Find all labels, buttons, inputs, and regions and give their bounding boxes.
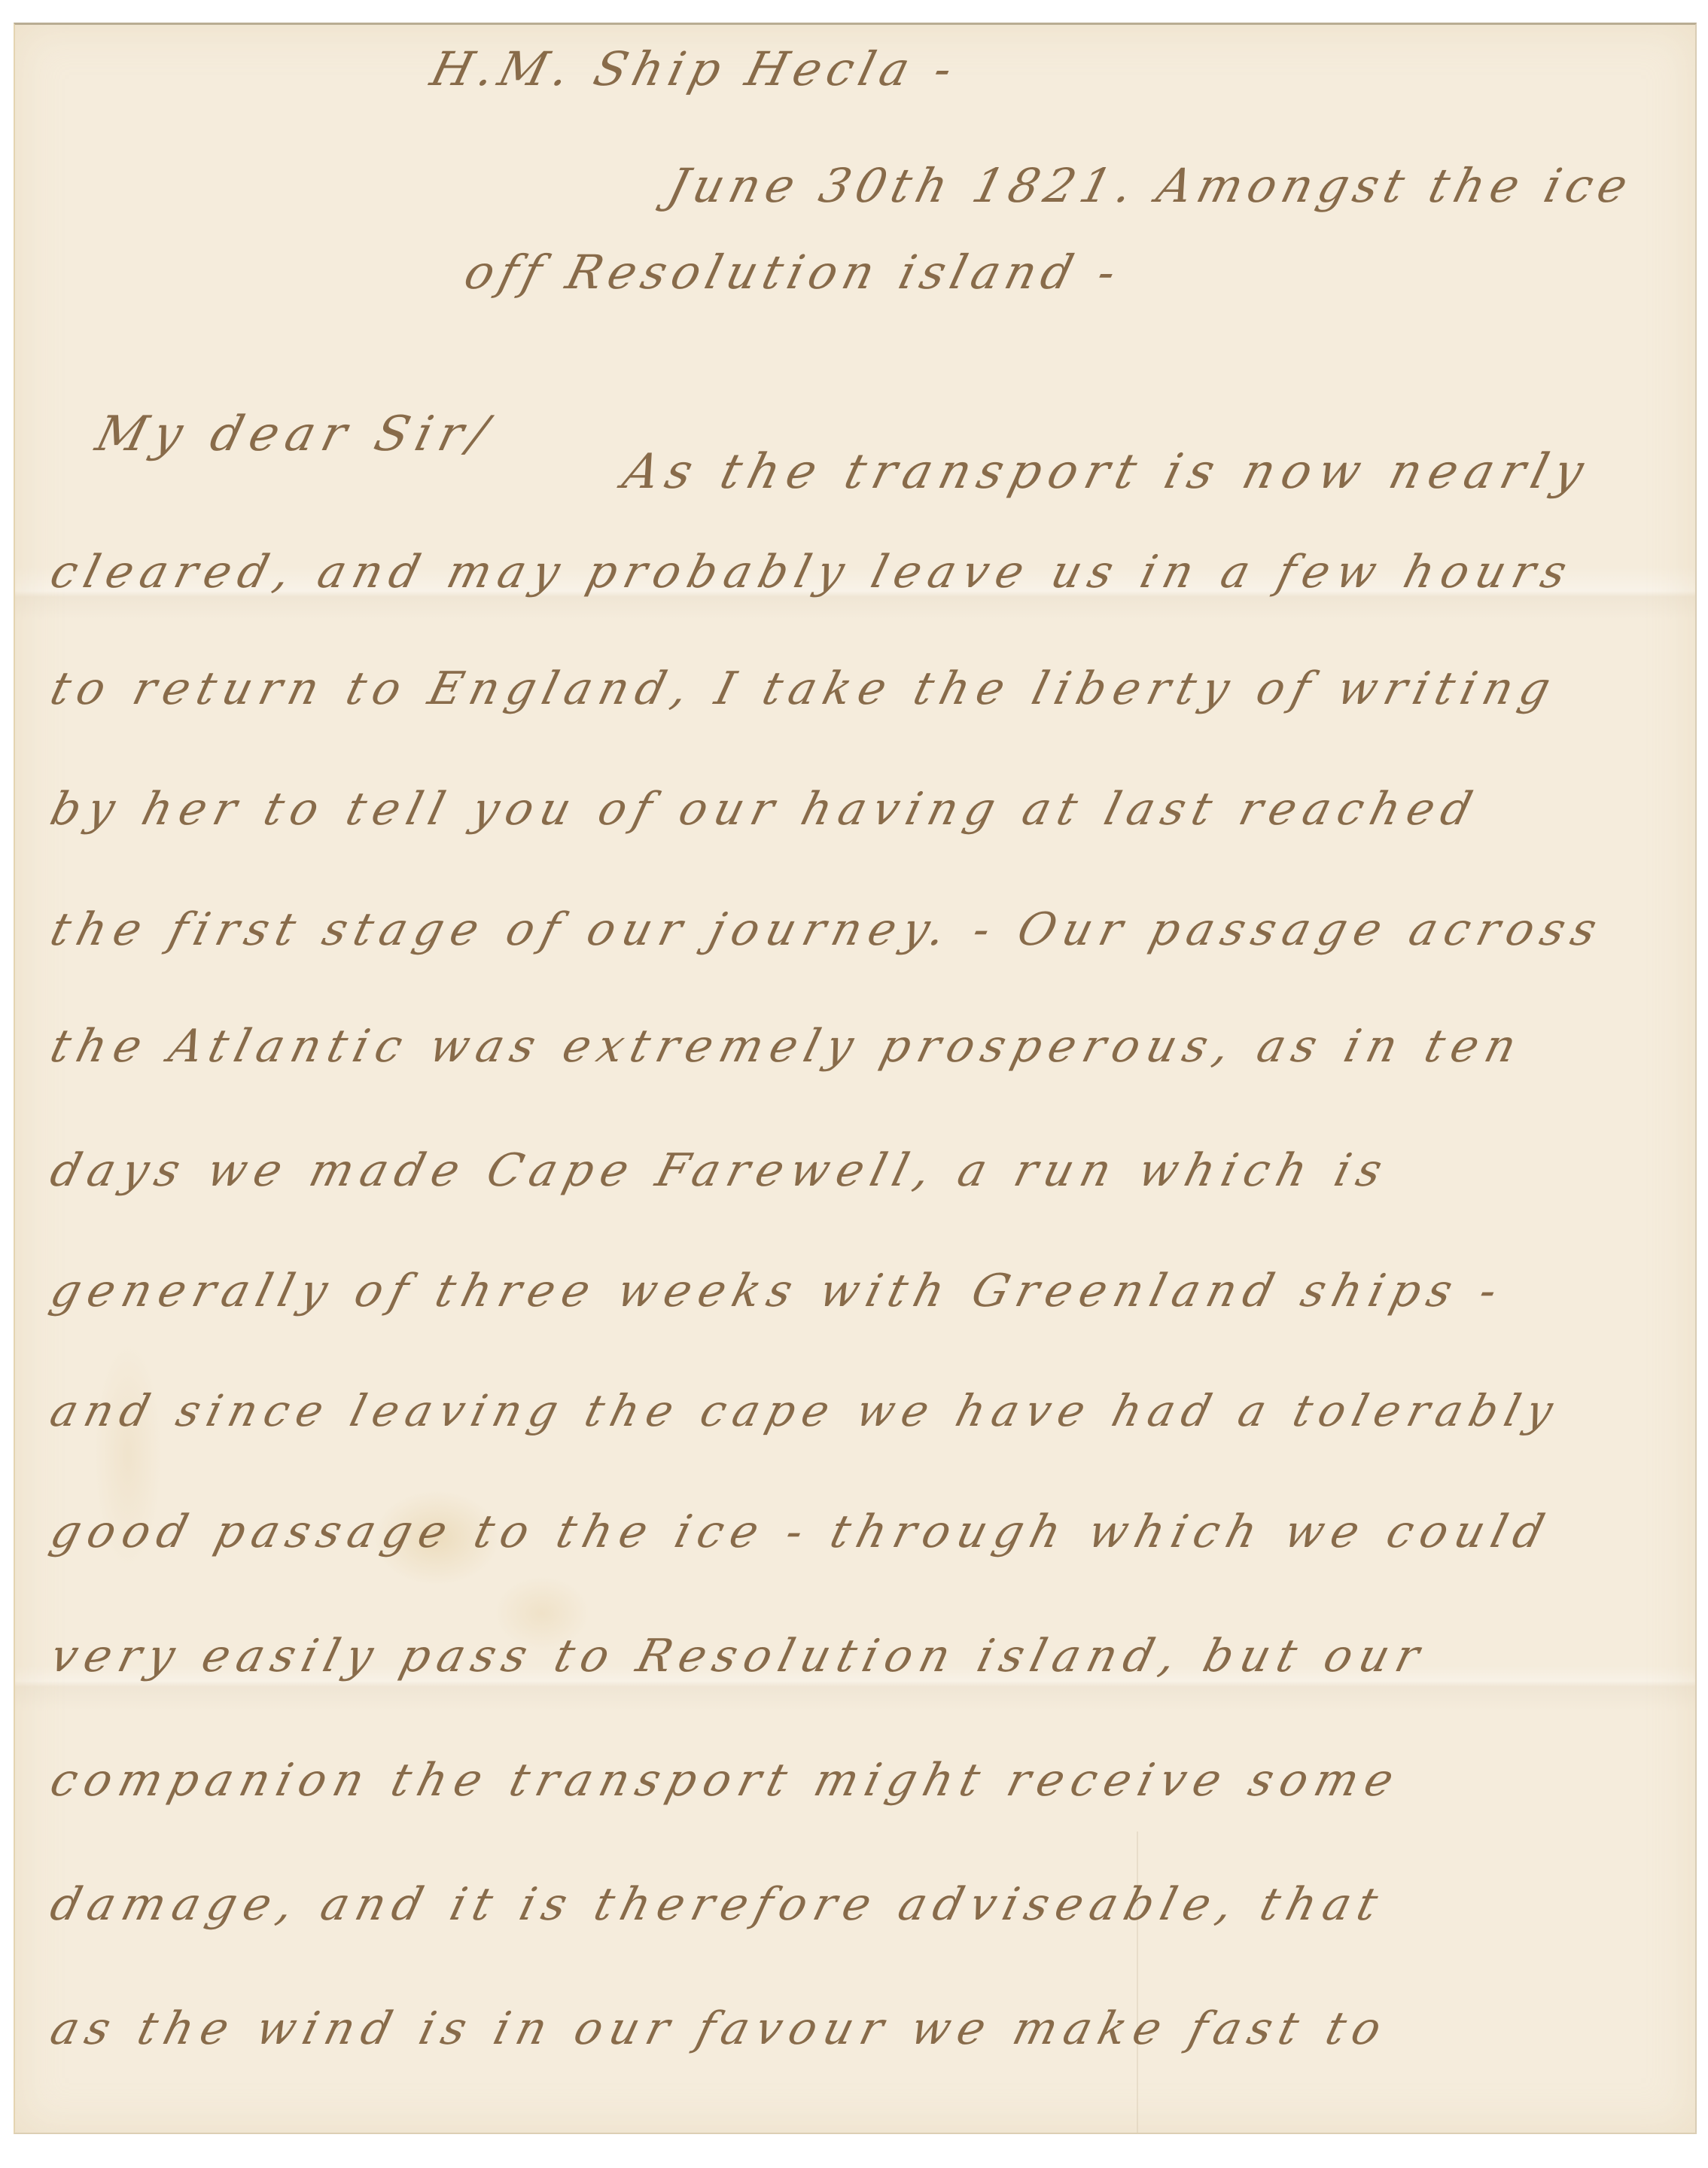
body-line-2: cleared, and may probably leave us in a … — [45, 546, 1579, 598]
body-line-1: As the transport is now nearly — [617, 444, 1597, 500]
letter-page — [14, 23, 1697, 2134]
body-line-14: as the wind is in our favour we make fas… — [45, 2002, 1394, 2055]
body-line-4: by her to tell you of our having at last… — [45, 783, 1484, 836]
body-line-9: and since leaving the cape we have had a… — [45, 1385, 1566, 1436]
body-line-8: generally of three weeks with Greenland … — [45, 1265, 1510, 1317]
header-vessel: H.M. Ship Hecla - — [425, 41, 964, 96]
paper-fold-crease — [1137, 1832, 1138, 2133]
header-location: off Resolution island - — [459, 245, 1128, 300]
body-line-6: the Atlantic was extremely prosperous, a… — [45, 1020, 1529, 1073]
body-line-5: the first stage of our journey. - Our pa… — [45, 903, 1609, 956]
header-date: June 30th 1821. Amongst the ice — [662, 158, 1639, 213]
body-line-7: days we made Cape Farewell, a run which … — [45, 1144, 1395, 1197]
body-line-13: damage, and it is therefore adviseable, … — [45, 1878, 1390, 1931]
salutation: My dear Sir/ — [90, 406, 501, 462]
body-line-11: very easily pass to Resolution island, b… — [45, 1630, 1432, 1682]
body-line-12: companion the transport might receive so… — [45, 1754, 1406, 1807]
body-line-10: good passage to the ice - through which … — [45, 1506, 1557, 1558]
body-line-3: to return to England, I take the liberty… — [45, 662, 1563, 715]
